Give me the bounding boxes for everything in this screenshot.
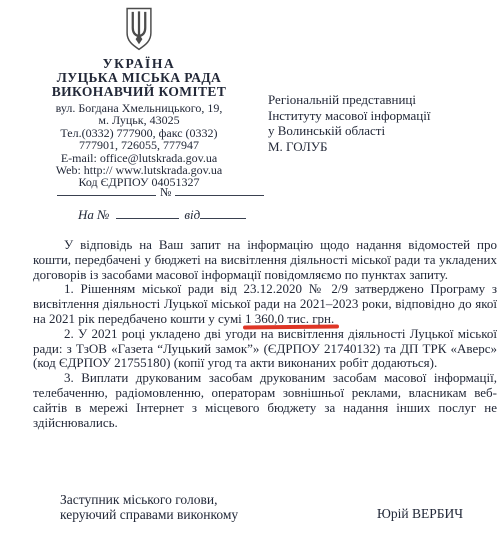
letterhead-org-line2: ВИКОНАВЧИЙ КОМІТЕТ [14,85,264,99]
recipient-block: Регіональній представниці Інституту масо… [268,92,430,154]
letterhead-country: УКРАЇНА [14,57,264,71]
recipient-line: Регіональній представниці [268,92,430,108]
address-line: м. Луцьк, 43025 [14,114,264,126]
signature-position-line2: керуючий справами виконкому [60,507,238,522]
reference-date-blank [200,207,246,219]
paragraph-item3: 3. Виплати друкованим засобам друкованим… [33,371,497,430]
outgoing-number-line: № [57,186,264,198]
number-sign: № [160,185,171,199]
paragraph-item1: 1. Рішенням міської ради від 23.12.2020 … [33,282,497,326]
reference-on-number-label: На № [78,207,109,222]
outgoing-date-blank [57,186,156,196]
paragraph-intro: У відповідь на Ваш запит на інформацію щ… [33,238,497,282]
reference-line: На №від [78,207,246,223]
letter-body: У відповідь на Ваш запит на інформацію щ… [33,238,497,430]
paragraph-item2: 2. У 2021 році укладено дві угоди на вис… [33,327,497,371]
recipient-line: у Волинській області [268,123,430,139]
signature-position-line1: Заступник міського голови, [60,492,238,507]
reference-number-blank [116,207,179,219]
outgoing-number-blank [175,186,264,196]
recipient-name: М. ГОЛУБ [268,139,430,155]
item1-amount-red-underlined: 1 360,0 тис. грн. [245,311,334,326]
letterhead-address: вул. Богдана Хмельницького, 19, м. Луцьк… [14,102,264,189]
letterhead: УКРАЇНА ЛУЦЬКА МІСЬКА РАДА ВИКОНАВЧИЙ КО… [14,6,264,189]
signature-name: Юрій ВЕРБИЧ [377,506,463,522]
recipient-line: Інституту масової інформації [268,108,430,124]
reference-date-label: від [184,207,200,222]
letterhead-org-line1: ЛУЦЬКА МІСЬКА РАДА [14,71,264,85]
signature-position: Заступник міського голови, керуючий спра… [60,492,238,522]
scanned-letter-document: УКРАЇНА ЛУЦЬКА МІСЬКА РАДА ВИКОНАВЧИЙ КО… [0,0,501,539]
tryzub-coat-of-arms-icon [122,6,156,53]
address-line: 777901, 726055, 777947 [14,139,264,151]
